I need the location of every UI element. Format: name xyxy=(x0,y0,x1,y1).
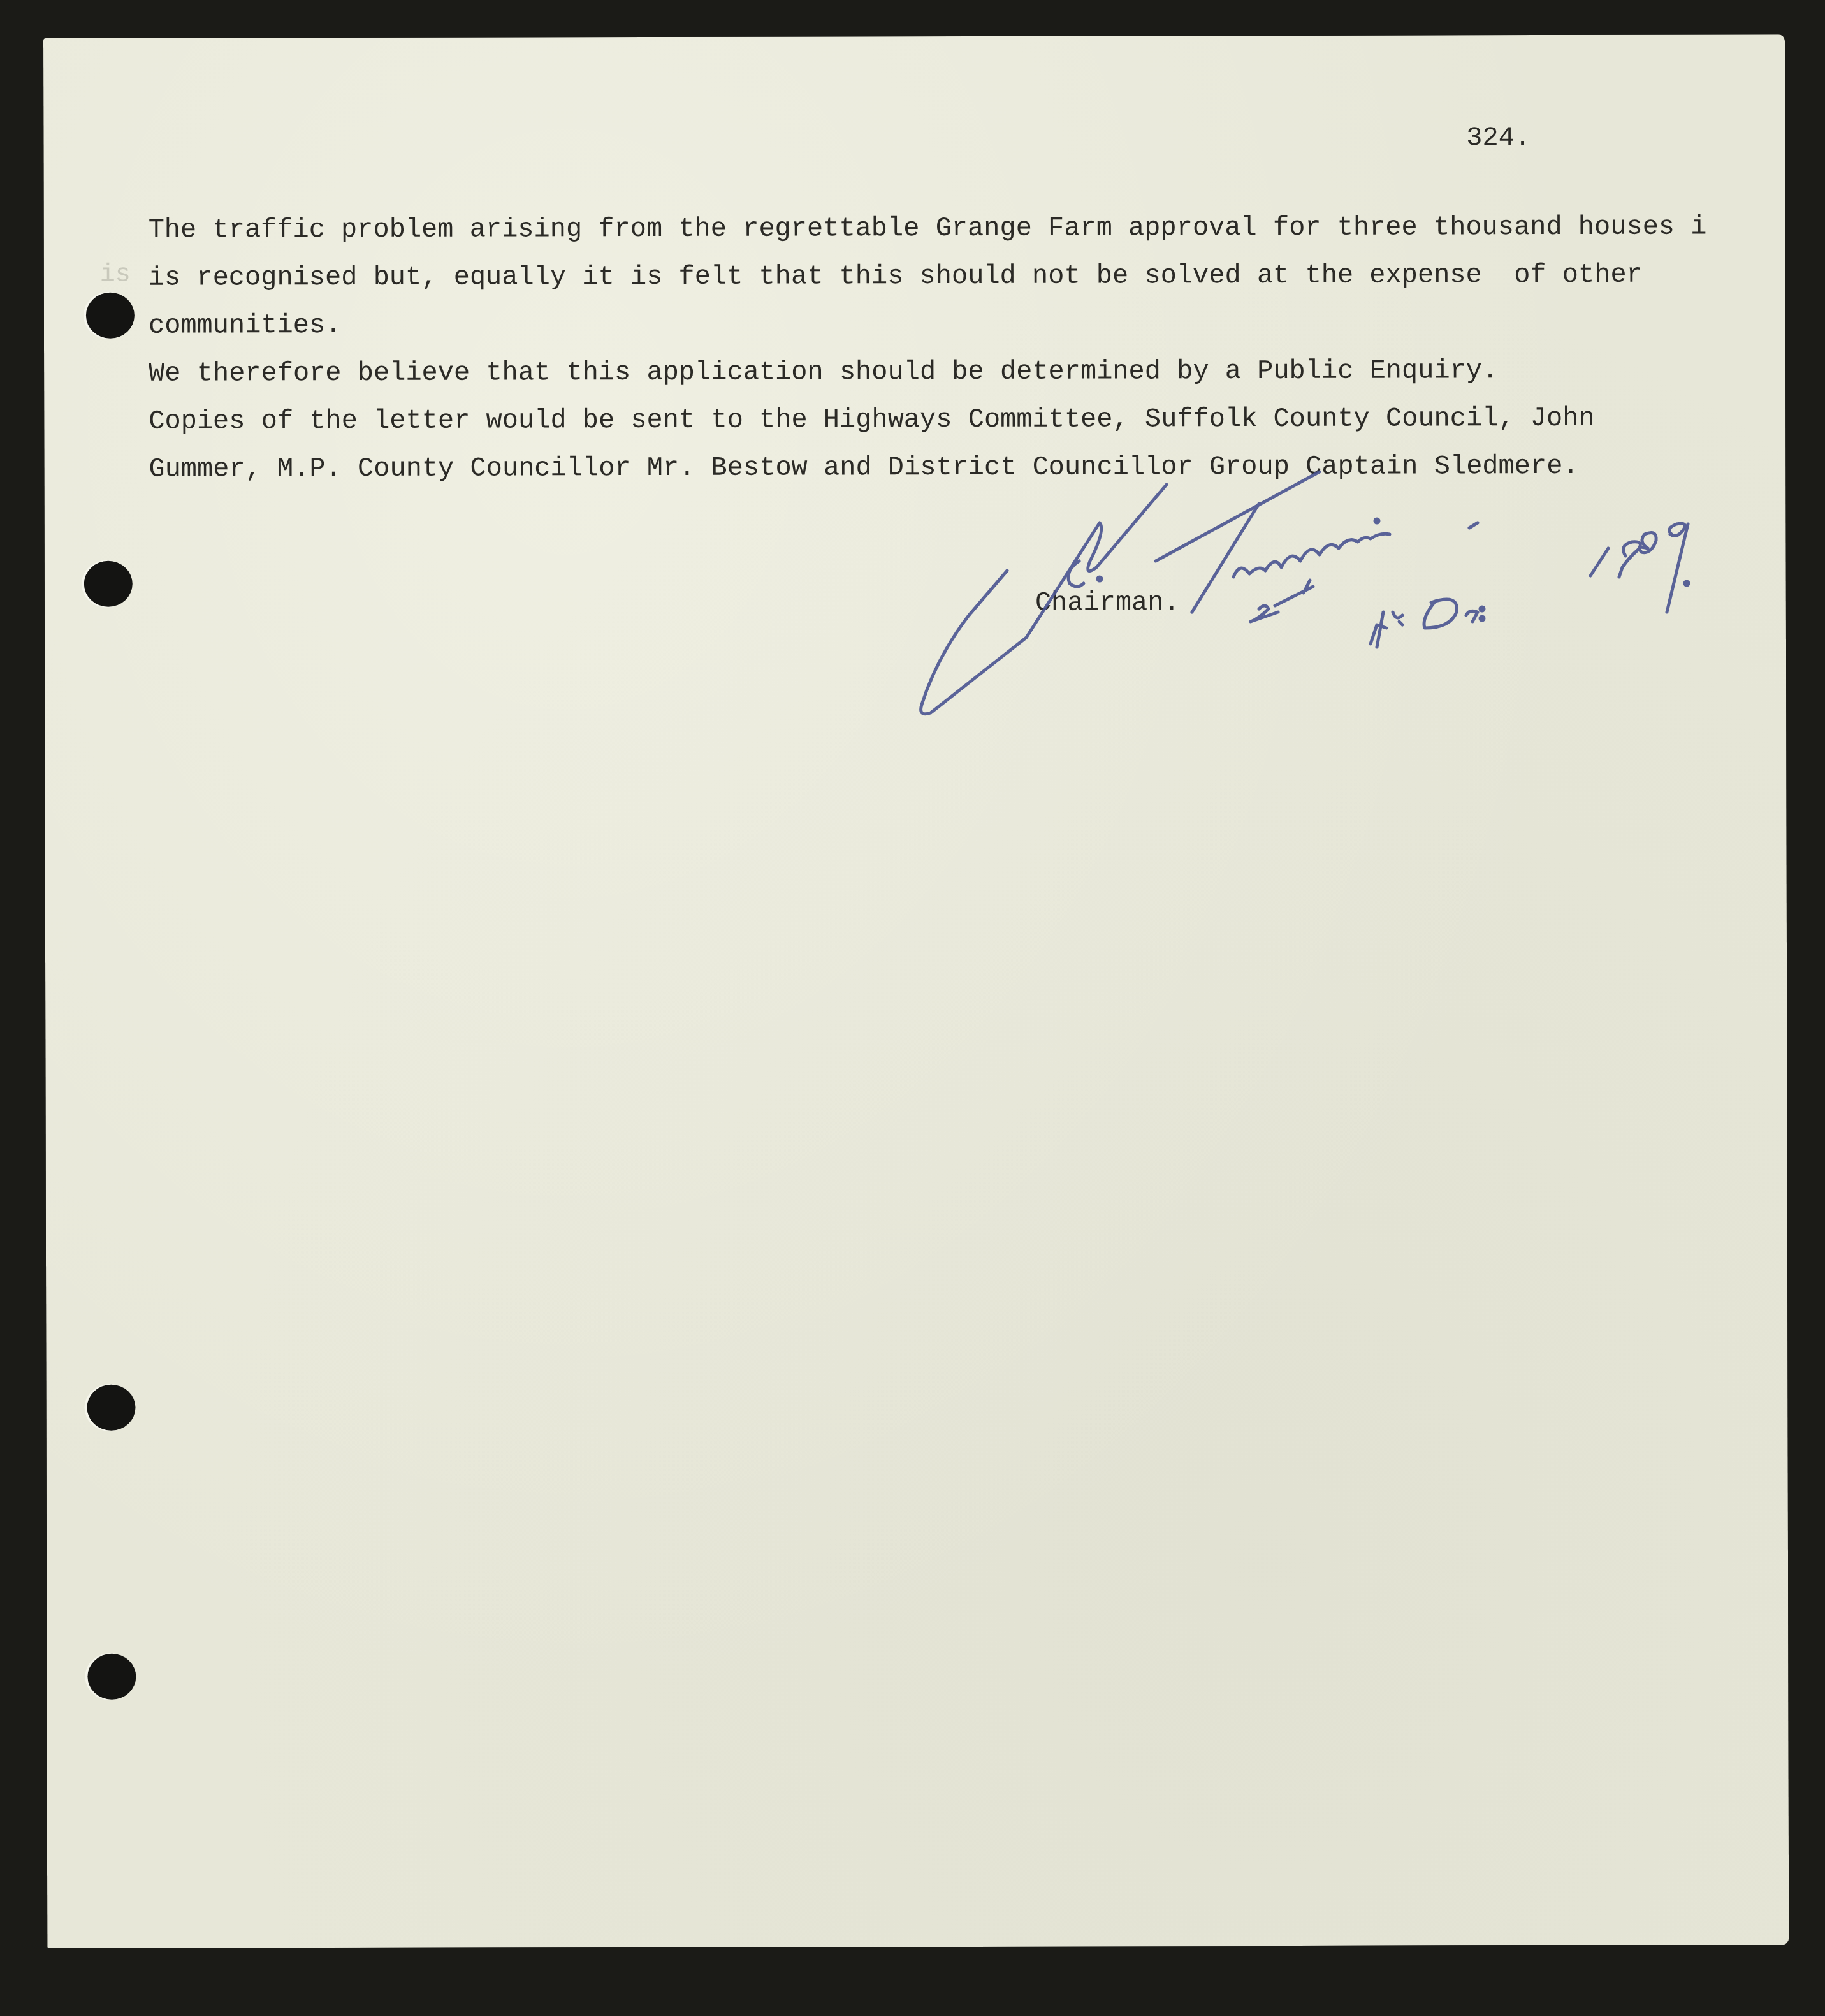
body-line-5: Copies of the letter would be sent to th… xyxy=(149,405,1594,435)
body-line-3: communities. xyxy=(149,312,342,339)
body-line-2: is recognised but, equally it is felt th… xyxy=(149,261,1643,291)
page-number: 324. xyxy=(1466,124,1531,151)
punch-hole-1 xyxy=(86,293,135,339)
body-line-4: We therefore believe that this applicati… xyxy=(149,357,1498,386)
document-page: 324. is The traffic problem arising from… xyxy=(43,34,1789,1948)
chairman-label: Chairman. xyxy=(1035,589,1180,616)
body-line-6: Gummer, M.P. County Councillor Mr. Besto… xyxy=(149,453,1578,483)
punch-hole-2 xyxy=(84,561,133,607)
body-line-1: The traffic problem arising from the reg… xyxy=(149,214,1707,244)
punch-hole-3 xyxy=(87,1385,135,1431)
margin-mark: is xyxy=(100,263,131,288)
punch-hole-4 xyxy=(87,1654,136,1700)
